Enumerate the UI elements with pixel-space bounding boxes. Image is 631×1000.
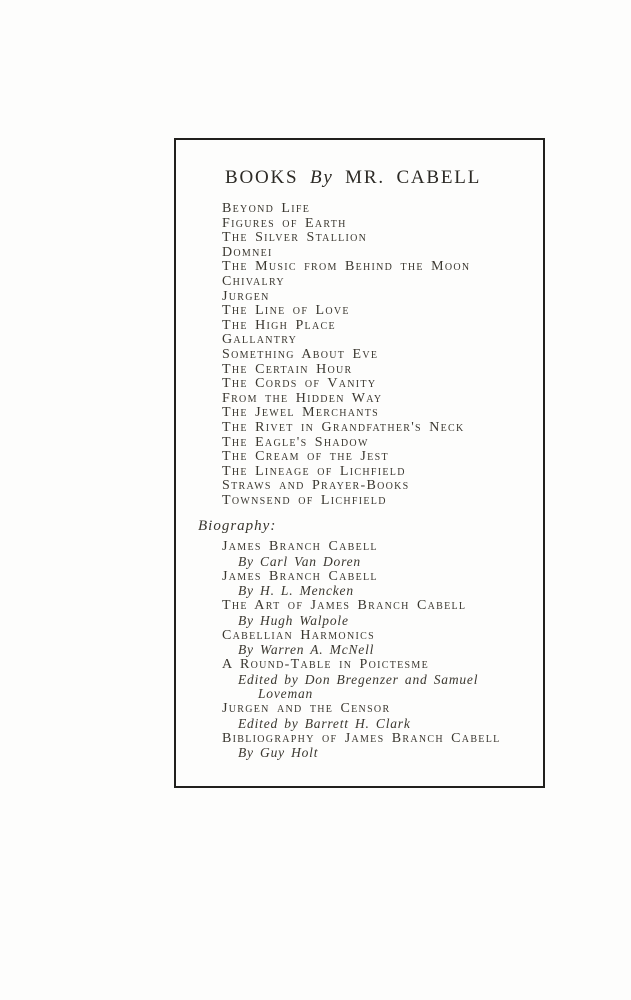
book-list-item: The Silver Stallion: [222, 231, 543, 246]
biography-byline: By Warren A. McNell: [222, 643, 543, 658]
title-word-books: BOOKS: [225, 167, 298, 188]
book-list-item: The Cords of Vanity: [222, 377, 543, 392]
book-list-item: The Line of Love: [222, 304, 543, 319]
biography-heading: Biography:: [198, 517, 543, 535]
biography-byline: By Guy Holt: [222, 746, 543, 761]
booklist-frame: BOOKS By MR. CABELL Beyond Life Figures …: [174, 138, 545, 788]
book-list-item: The Cream of the Jest: [222, 450, 543, 465]
biography-byline: By Hugh Walpole: [222, 614, 543, 629]
biography-byline: Edited by Barrett H. Clark: [222, 717, 543, 732]
book-list-item: The Jewel Merchants: [222, 406, 543, 421]
biography-byline: Edited by Don Bregenzer and Samuel: [222, 673, 543, 688]
book-list-item: Beyond Life: [222, 202, 543, 217]
biography-title: Cabellian Harmonics: [222, 629, 543, 644]
book-list-item: Chivalry: [222, 275, 543, 290]
title-word-by: By: [310, 167, 334, 188]
book-list-item: Something About Eve: [222, 348, 543, 363]
book-list-item: The Lineage of Lichfield: [222, 465, 543, 480]
book-list-item: The Music from Behind the Moon: [222, 260, 543, 275]
biography-byline-continuation: Loveman: [222, 687, 543, 702]
book-list-item: The Certain Hour: [222, 363, 543, 378]
biography-entry: Cabellian Harmonics By Warren A. McNell: [222, 629, 543, 658]
book-list-item: Townsend of Lichfield: [222, 494, 543, 509]
biography-entry: James Branch Cabell By H. L. Mencken: [222, 570, 543, 599]
book-list-item: Gallantry: [222, 333, 543, 348]
book-page: BOOKS By MR. CABELL Beyond Life Figures …: [0, 0, 631, 1000]
book-list-item: The High Place: [222, 319, 543, 334]
book-list-item: The Eagle's Shadow: [222, 436, 543, 451]
biography-byline: By H. L. Mencken: [222, 584, 543, 599]
title-word-mr-cabell: MR. CABELL: [345, 167, 481, 188]
book-list-item: Figures of Earth: [222, 217, 543, 232]
biography-title: Jurgen and the Censor: [222, 702, 543, 717]
biography-entry: Jurgen and the Censor Edited by Barrett …: [222, 702, 543, 731]
biography-entry: A Round-Table in Poictesme Edited by Don…: [222, 658, 543, 702]
biography-entry: James Branch Cabell By Carl Van Doren: [222, 540, 543, 569]
scan-background: { "page": { "title": { "lead": "BOOKS", …: [0, 0, 631, 1000]
book-list-item: From the Hidden Way: [222, 392, 543, 407]
biography-title: The Art of James Branch Cabell: [222, 599, 543, 614]
biography-title: James Branch Cabell: [222, 540, 543, 555]
biography-entry: Bibliography of James Branch Cabell By G…: [222, 732, 543, 761]
biography-title: Bibliography of James Branch Cabell: [222, 732, 543, 747]
biography-list: James Branch Cabell By Carl Van Doren Ja…: [222, 540, 543, 761]
book-list: Beyond Life Figures of Earth The Silver …: [222, 202, 543, 508]
book-list-item: Straws and Prayer-Books: [222, 479, 543, 494]
book-list-item: Jurgen: [222, 290, 543, 305]
biography-byline: By Carl Van Doren: [222, 555, 543, 570]
page-title: BOOKS By MR. CABELL: [225, 167, 543, 189]
biography-entry: The Art of James Branch Cabell By Hugh W…: [222, 599, 543, 628]
biography-title: A Round-Table in Poictesme: [222, 658, 543, 673]
book-list-item: The Rivet in Grandfather's Neck: [222, 421, 543, 436]
biography-title: James Branch Cabell: [222, 570, 543, 585]
book-list-item: Domnei: [222, 246, 543, 261]
